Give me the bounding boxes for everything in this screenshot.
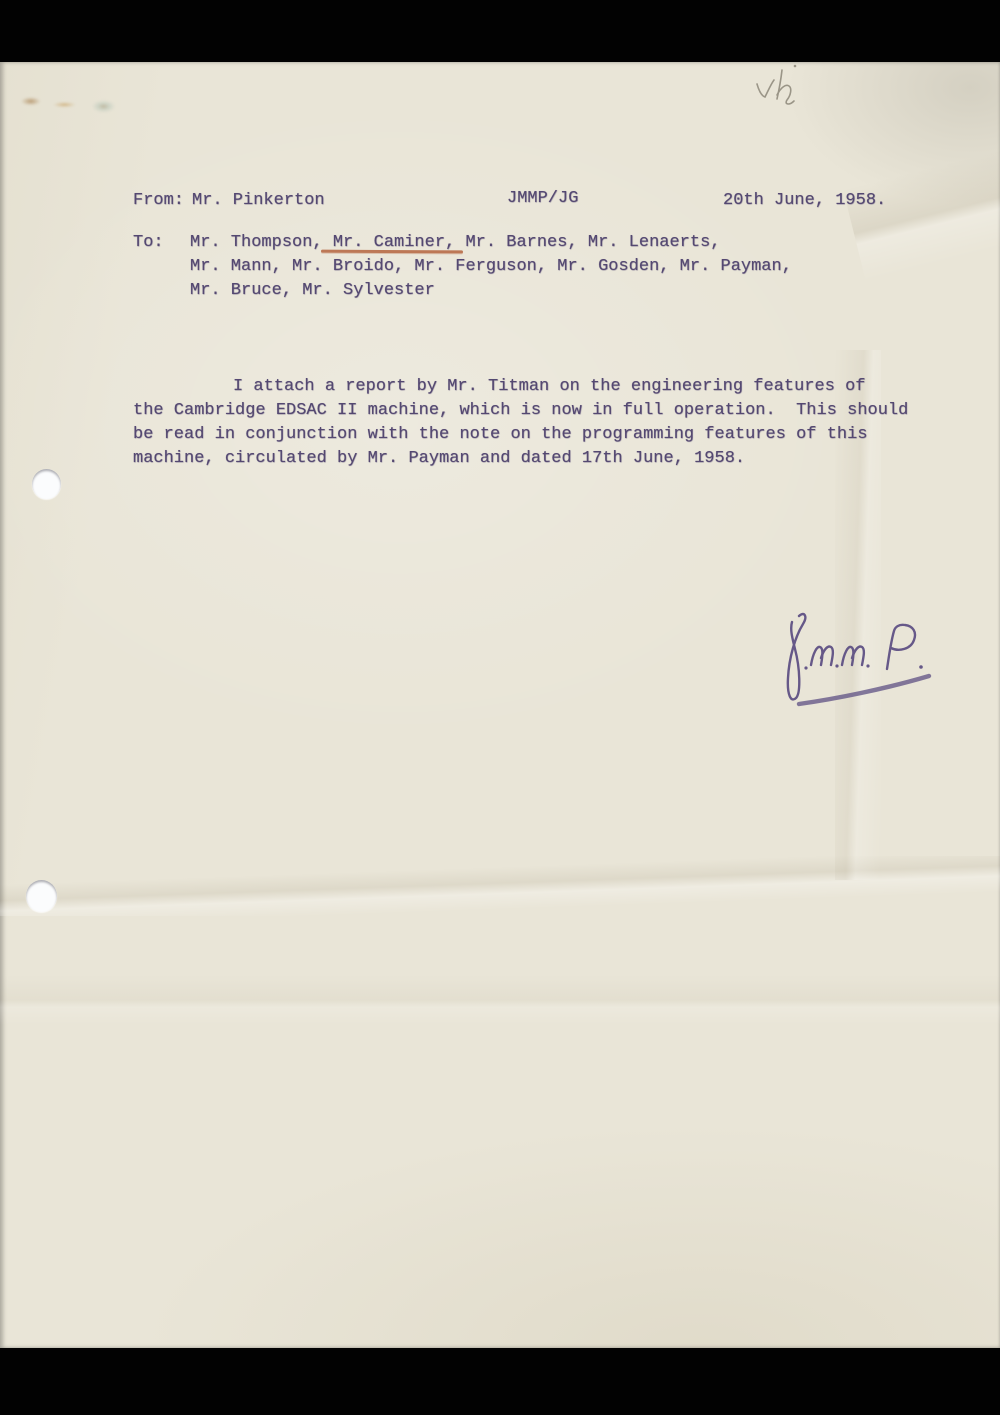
punch-hole-top [32, 469, 61, 499]
tape-stain [14, 86, 126, 120]
body-line: machine, circulated by Mr. Payman and da… [133, 447, 933, 471]
reference-code: JMMP/JG [507, 187, 578, 211]
from-label: From: [133, 189, 184, 213]
pencil-check-annotation [735, 55, 875, 120]
scanned-memo-page: From: Mr. Pinkerton JMMP/JG 20th June, 1… [0, 0, 1000, 1415]
body-line: the Cambridge EDSAC II machine, which is… [133, 399, 933, 423]
recipients-line: Mr. Bruce, Mr. Sylvester [190, 279, 435, 303]
scanner-band-bottom [0, 1348, 1000, 1415]
scanner-band-top [0, 0, 1000, 62]
recipients-line: Mr. Mann, Mr. Broido, Mr. Ferguson, Mr. … [190, 255, 792, 279]
to-label: To: [133, 231, 164, 255]
memo-body: I attach a report by Mr. Titman on the e… [133, 375, 933, 471]
from-value: Mr. Pinkerton [192, 189, 325, 213]
punch-hole-bottom [26, 880, 57, 912]
body-line: I attach a report by Mr. Titman on the e… [133, 375, 933, 399]
memo-date: 20th June, 1958. [723, 189, 886, 213]
handwritten-signature [738, 588, 963, 718]
body-line: be read in conjunction with the note on … [133, 423, 933, 447]
